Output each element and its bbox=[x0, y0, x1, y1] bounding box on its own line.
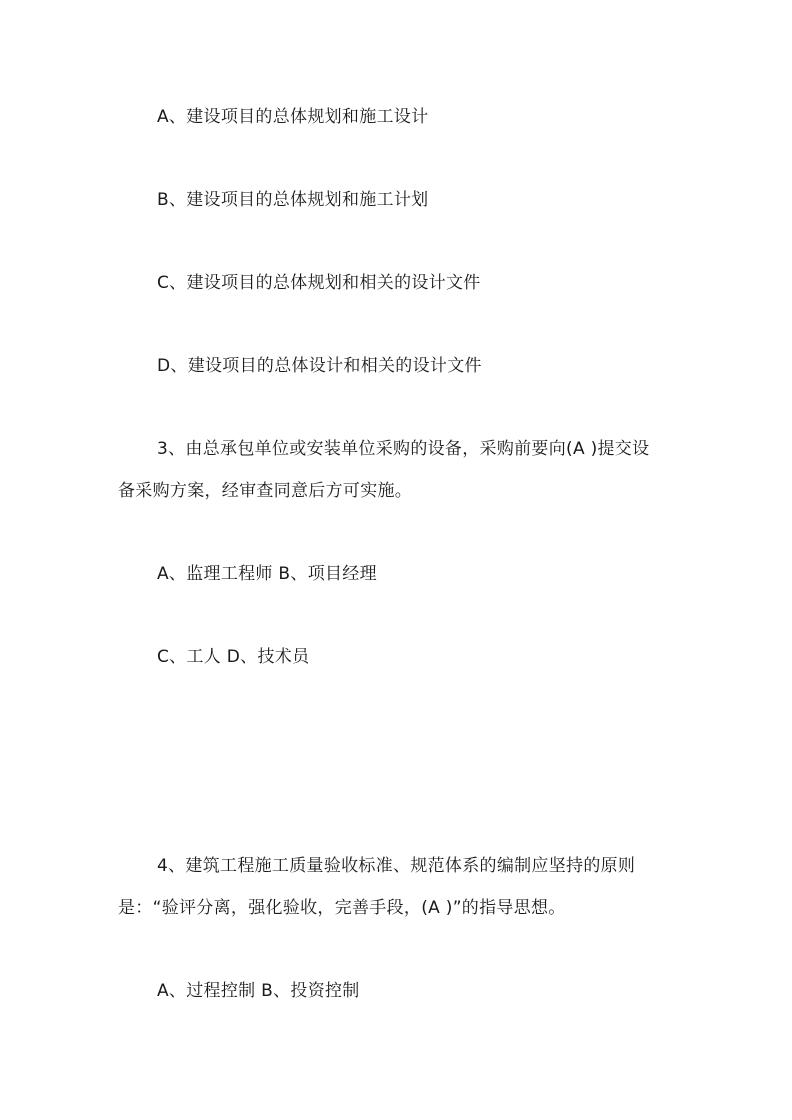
q2-option-d: D、建设项目的总体设计和相关的设计文件 bbox=[157, 355, 482, 377]
q3-options-line1: A、监理工程师 B、项目经理 bbox=[157, 563, 377, 585]
q2-option-a: A、建设项目的总体规划和施工设计 bbox=[157, 106, 428, 128]
q3-question-line2: 备采购方案，经审查同意后方可实施。 bbox=[118, 480, 412, 502]
q3-options-line2: C、工人 D、技术员 bbox=[157, 646, 309, 668]
q4-question-line2: 是：“验评分离，强化验收，完善手段，(A )”的指导思想。 bbox=[118, 897, 566, 919]
q2-option-b: B、建设项目的总体规划和施工计划 bbox=[157, 189, 428, 211]
q4-options-line1: A、过程控制 B、投资控制 bbox=[157, 980, 360, 1002]
q2-option-c: C、建设项目的总体规划和相关的设计文件 bbox=[157, 272, 481, 294]
q4-question-line1: 4、建筑工程施工质量验收标准、规范体系的编制应坚持的原则 bbox=[157, 855, 635, 877]
q3-question-line1: 3、由总承包单位或安装单位采购的设备，采购前要向(A )提交设 bbox=[157, 438, 649, 460]
